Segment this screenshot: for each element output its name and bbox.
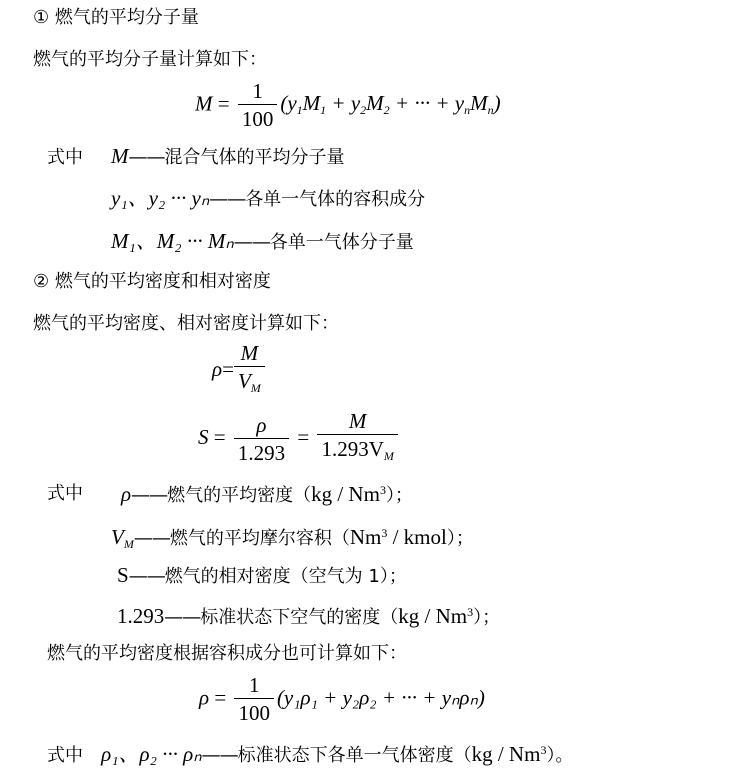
formula-density: ρ= M VM [212, 340, 268, 402]
def-symbol: VM [111, 525, 134, 549]
formula-lhs: S [198, 425, 209, 449]
unit: kg / Nm3 [398, 604, 473, 628]
fraction: 1 100 [238, 78, 278, 133]
fraction-numerator: M [317, 408, 397, 435]
formula-relative-density: S = ρ 1.293 = M 1.293VM [198, 408, 401, 470]
def-dash: —— [131, 484, 167, 506]
def-row: VM——燃气的平均摩尔容积（Nm3 / kmol）； [111, 521, 474, 556]
def-text: 标准状态下各单一气体密度（ [238, 745, 472, 766]
formula-rhs: (y1M1 + y2M2 + ··· + ynMn) [280, 91, 500, 115]
formula-avg-molecular-weight: M = 1 100 (y1M1 + y2M2 + ··· + ynMn) [195, 78, 501, 133]
fraction: ρ 1.293 [234, 412, 289, 467]
fraction: M 1.293VM [317, 408, 397, 470]
def-dash: —— [202, 744, 238, 766]
def-symbol: ρ [121, 482, 131, 506]
where-label: 式中 [47, 482, 83, 506]
fraction-numerator: M [234, 340, 265, 367]
def-dash: —— [209, 188, 245, 210]
fraction-denominator: 1.293VM [317, 435, 397, 470]
def-row: 1.293——标准状态下空气的密度（kg / Nm3）； [117, 600, 500, 630]
unit: kg / Nm3 [472, 742, 547, 766]
def-row: M——混合气体的平均分子量 [111, 144, 345, 170]
def-row: y₁、y₂ ··· yₙ——各单一气体的容积成分 [111, 186, 425, 212]
fraction: 1 100 [234, 672, 274, 727]
formula-eq: = [222, 357, 234, 381]
def-symbol: y₁、y₂ ··· yₙ [111, 186, 209, 210]
def-symbol: S [117, 563, 129, 587]
def-row: M₁、M₂ ··· Mₙ——各单一气体分子量 [111, 229, 414, 255]
fraction-numerator: 1 [238, 78, 278, 105]
fraction-denominator: VM [234, 367, 265, 402]
formula-eq: = [297, 425, 309, 449]
fraction-denominator: 100 [238, 105, 278, 133]
section2-intro2: 燃气的平均密度根据容积成分也可计算如下： [47, 642, 407, 666]
where-label: 式中 [47, 745, 83, 766]
def-end: ）； [447, 528, 474, 549]
def-row: ρ——燃气的平均密度（kg / Nm3）； [121, 478, 413, 508]
formula-eq: = [218, 91, 230, 115]
def-text: 混合气体的平均分子量 [165, 147, 345, 168]
formula-density-by-volume: ρ = 1 100 (y₁ρ₁ + y₂ρ₂ + ··· + yₙρₙ) [199, 672, 485, 727]
formula-eq: = [214, 685, 226, 709]
formula-lhs: ρ [199, 685, 209, 709]
def-text: 各单一气体分子量 [270, 232, 414, 253]
def-symbol: M₁、M₂ ··· Mₙ [111, 229, 234, 253]
def-text: 燃气的相对密度（空气为 1）； [165, 566, 407, 587]
def-text: 燃气的平均摩尔容积（ [170, 528, 350, 549]
def-dash: —— [129, 565, 165, 587]
def-dash: —— [234, 231, 270, 253]
def-dash: —— [164, 606, 200, 628]
section1-intro: 燃气的平均分子量计算如下： [33, 48, 267, 72]
section2-heading: ② 燃气的平均密度和相对密度 [33, 270, 271, 294]
final-def-row: 式中 ρ₁、ρ₂ ··· ρₙ——标准状态下各单一气体密度（kg / Nm3）。 [47, 738, 573, 768]
def-text: 标准状态下空气的密度（ [200, 607, 398, 628]
def-dash: —— [134, 527, 170, 549]
def-symbol: 1.293 [117, 604, 164, 628]
section2-intro: 燃气的平均密度、相对密度计算如下： [33, 312, 339, 336]
def-text: 各单一气体的容积成分 [245, 189, 425, 210]
unit: Nm3 / kmol [350, 525, 447, 549]
formula-eq: = [214, 425, 226, 449]
fraction-denominator: 1.293 [234, 439, 289, 467]
def-end: ）； [473, 607, 500, 628]
def-end: ）； [386, 485, 413, 506]
def-row: S——燃气的相对密度（空气为 1）； [117, 563, 407, 589]
def-symbol: M [111, 144, 129, 168]
fraction-numerator: ρ [234, 412, 289, 439]
fraction-denominator: 100 [234, 699, 274, 727]
def-symbol: ρ₁、ρ₂ ··· ρₙ [101, 742, 201, 766]
where-label: 式中 [47, 146, 83, 170]
formula-lhs: ρ [212, 357, 222, 381]
fraction: M VM [234, 340, 265, 402]
section1-heading: ① 燃气的平均分子量 [33, 6, 199, 30]
formula-lhs: M [195, 91, 213, 115]
def-text: 燃气的平均密度（ [167, 485, 311, 506]
fraction-numerator: 1 [234, 672, 274, 699]
def-end: ）。 [546, 745, 573, 766]
unit: kg / Nm3 [311, 482, 386, 506]
def-dash: —— [129, 146, 165, 168]
formula-rhs: (y₁ρ₁ + y₂ρ₂ + ··· + yₙρₙ) [277, 685, 485, 709]
